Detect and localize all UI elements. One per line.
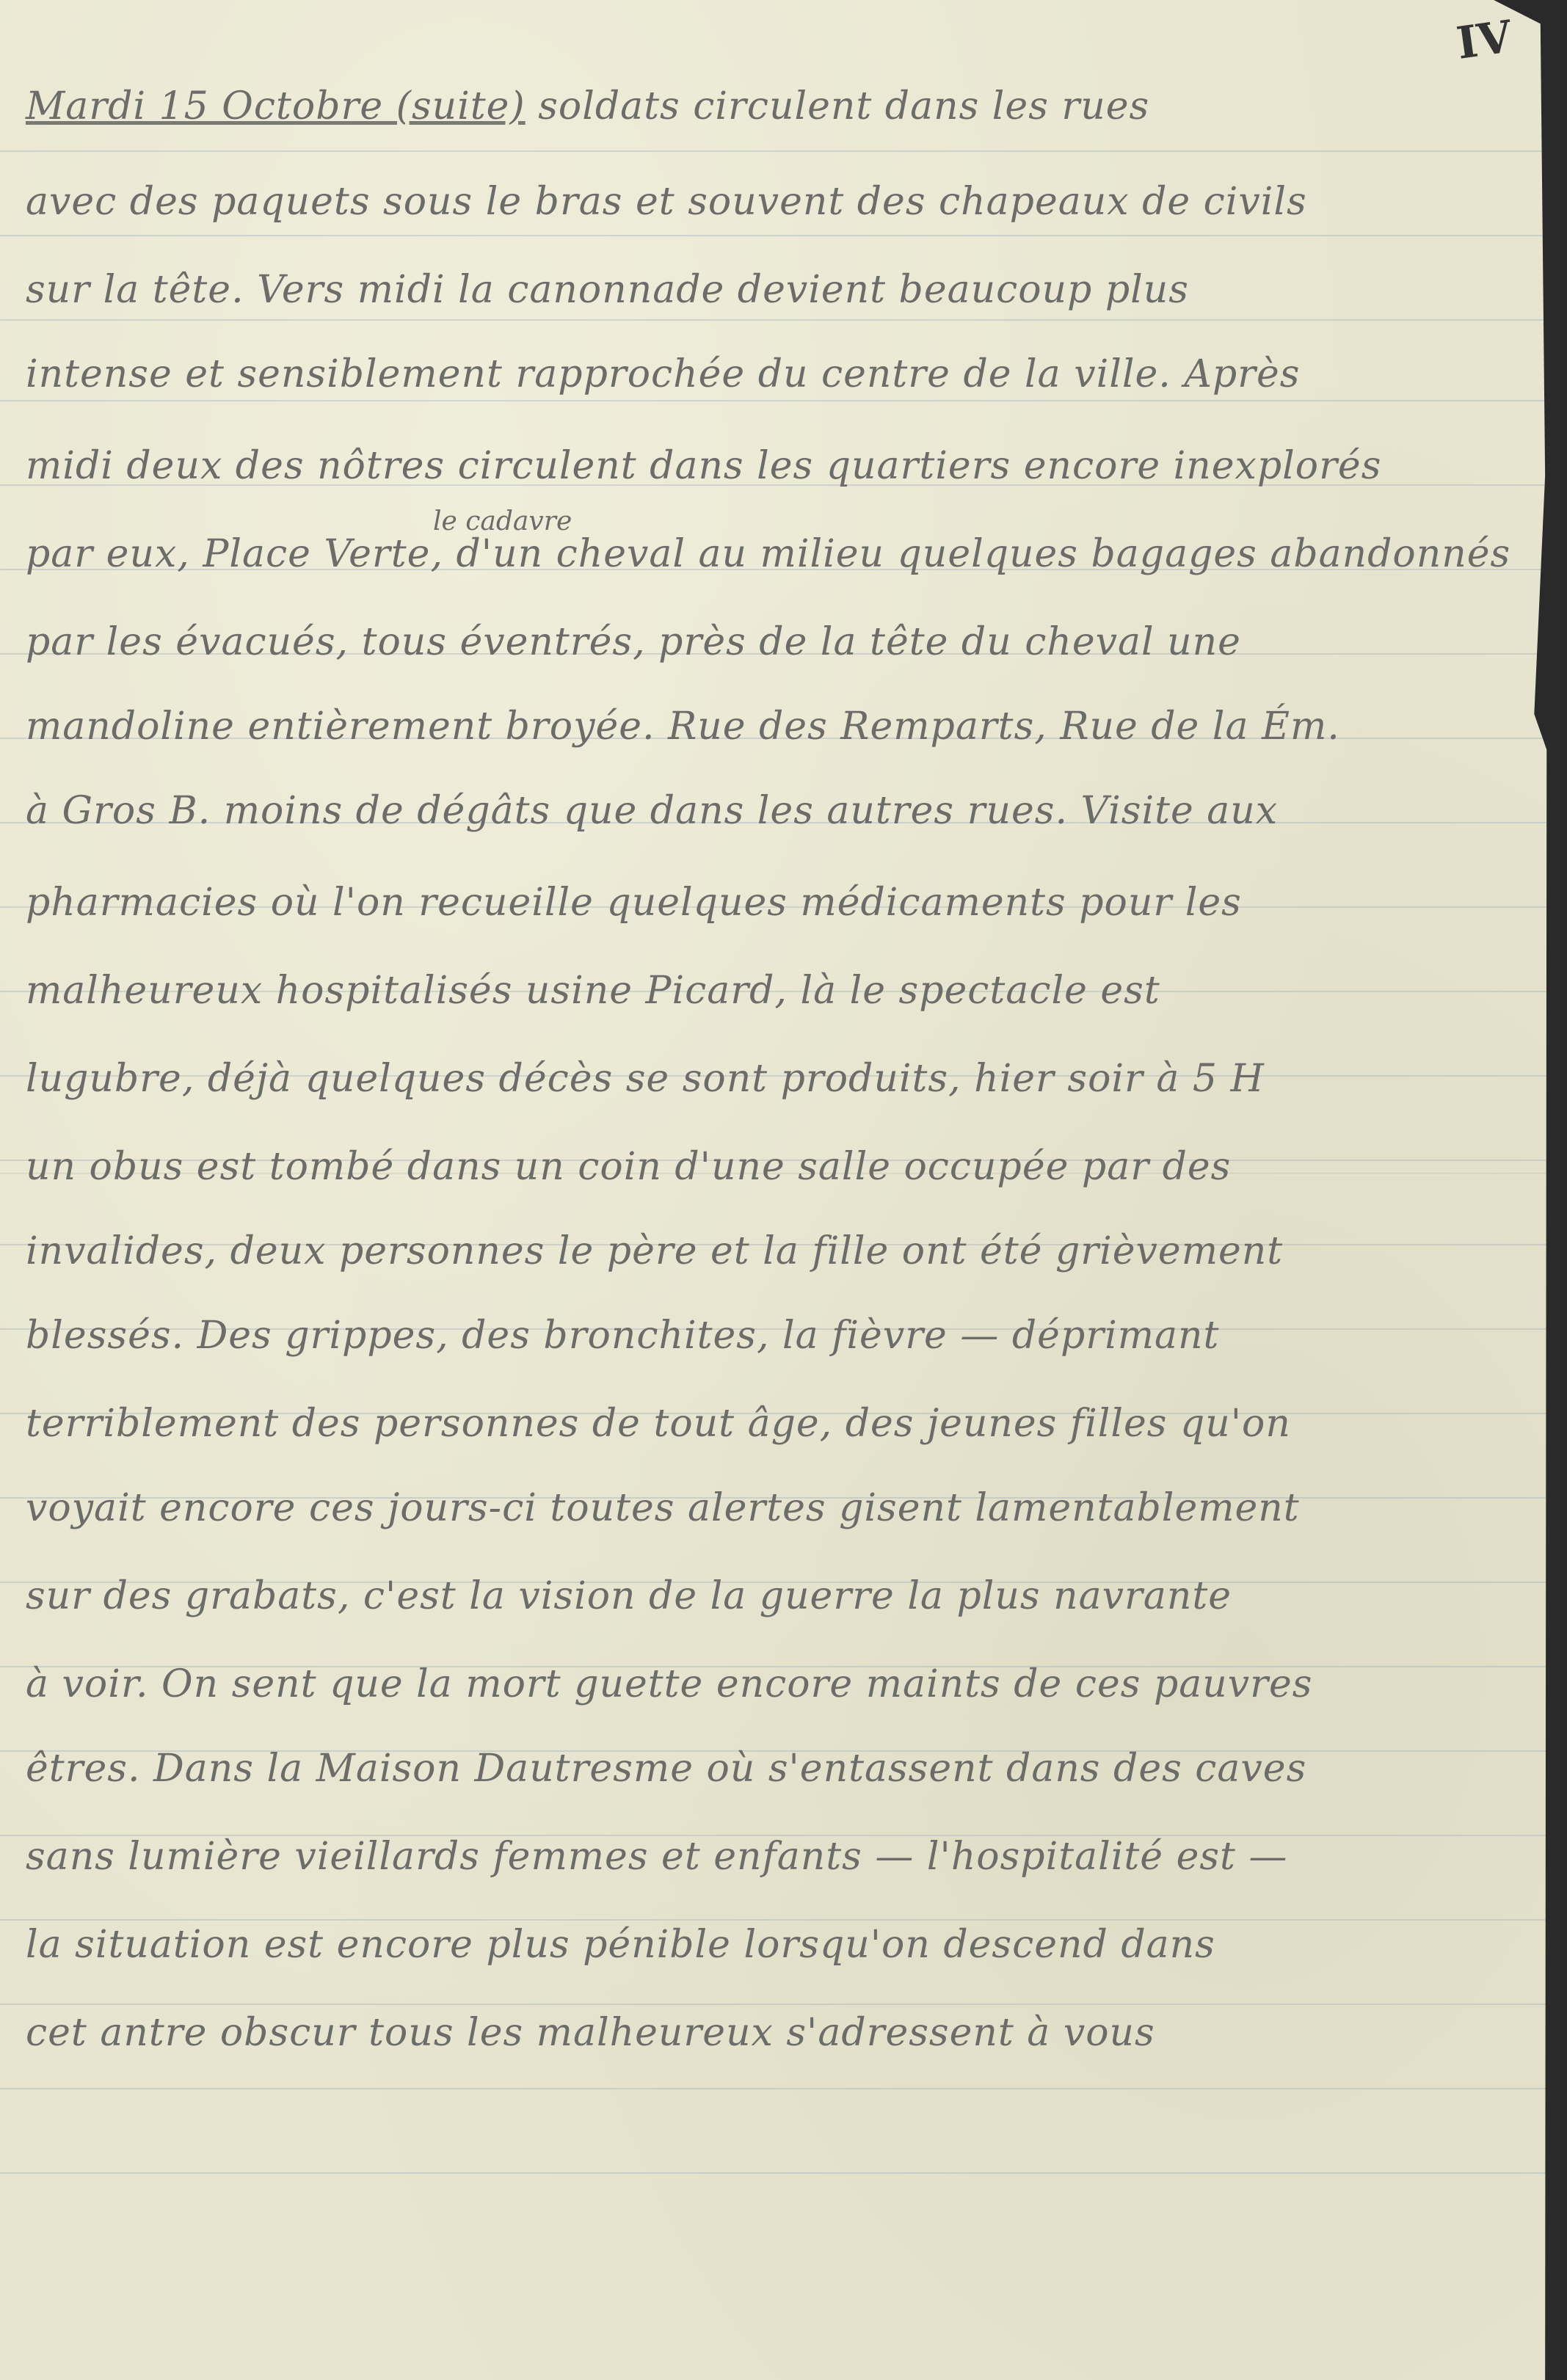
text-line-22: la situation est encore plus pénible lor…: [26, 1923, 1534, 1967]
ruled-line: [0, 319, 1556, 321]
ruled-line: [0, 2004, 1556, 2005]
line-text: soldats circulent dans les rues: [538, 84, 1149, 128]
ruled-line: [0, 1919, 1556, 1921]
ruled-line: [0, 235, 1556, 236]
text-line-17: voyait encore ces jours-ci toutes alerte…: [26, 1486, 1534, 1530]
text-line-11: malheureux hospitalisés usine Picard, là…: [26, 969, 1534, 1013]
heading-date: Mardi 15 Octobre (suite): [26, 84, 526, 128]
text-line-15: blessés. Des grippes, des bronchites, la…: [26, 1314, 1534, 1358]
text-line-18: sur des grabats, c'est la vision de la g…: [26, 1574, 1534, 1618]
manuscript-page: IV Mardi 15 Octobre (suite) soldats circ…: [0, 0, 1556, 2380]
ruled-line: [0, 150, 1556, 152]
text-line-12: lugubre, déjà quelques décès se sont pro…: [26, 1057, 1534, 1101]
ruled-line: [0, 2088, 1556, 2089]
text-line-10: pharmacies où l'on recueille quelques mé…: [26, 881, 1534, 925]
text-line-13: un obus est tombé dans un coin d'une sal…: [26, 1145, 1534, 1189]
text-line-3: sur la tête. Vers midi la canonnade devi…: [26, 268, 1534, 312]
text-line-6: par eux, Place Verte, d'un cheval au mil…: [26, 532, 1534, 576]
ruled-line: [0, 400, 1556, 401]
text-line-8: mandoline entièrement broyée. Rue des Re…: [26, 705, 1534, 749]
text-line-9: à Gros B. moins de dégâts que dans les a…: [26, 789, 1534, 833]
folio-number: IV: [1454, 11, 1516, 70]
text-line-19: à voir. On sent que la mort guette encor…: [26, 1662, 1534, 1706]
text-line-5: midi deux des nôtres circulent dans les …: [26, 444, 1534, 488]
ruled-line: [0, 2172, 1556, 2174]
text-line-4: intense et sensiblement rapprochée du ce…: [26, 352, 1534, 396]
text-line-20: êtres. Dans la Maison Dautresme où s'ent…: [26, 1747, 1534, 1791]
text-line-16: terriblement des personnes de tout âge, …: [26, 1402, 1534, 1446]
text-line-2: avec des paquets sous le bras et souvent…: [26, 180, 1534, 224]
text-line-23: cet antre obscur tous les malheureux s'a…: [26, 2011, 1534, 2055]
text-line-21: sans lumière vieillards femmes et enfant…: [26, 1835, 1534, 1879]
text-line-1: Mardi 15 Octobre (suite) soldats circule…: [26, 84, 1534, 128]
text-line-7: par les évacués, tous éventrés, près de …: [26, 620, 1534, 664]
text-line-14: invalides, deux personnes le père et la …: [26, 1229, 1534, 1273]
